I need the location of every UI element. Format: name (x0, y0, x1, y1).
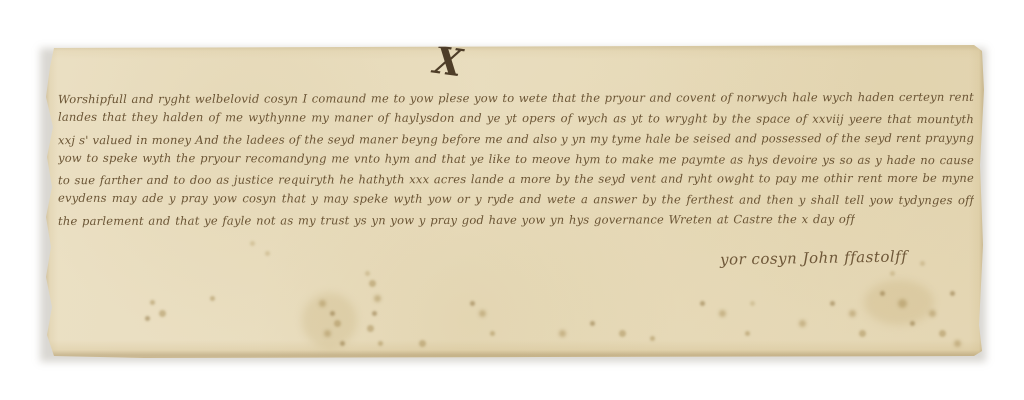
letter-line: xxj s' valued in money And the ladees of… (58, 127, 974, 150)
ink-x-mark: X (431, 39, 465, 84)
manuscript-paper: X Worshipfull and ryght welbelovid cosyn… (44, 45, 985, 358)
letter-line: evydens may ade y pray yow cosyn that y … (58, 188, 974, 211)
stain-blotch (302, 293, 357, 348)
manuscript-photograph: X Worshipfull and ryght welbelovid cosyn… (0, 0, 1024, 400)
letter-line: landes that they halden of me wythynne m… (58, 107, 974, 130)
letter-body: Worshipfull and ryght welbelovid cosyn I… (58, 88, 974, 230)
letter-line: Worshipfull and ryght welbelovid cosyn I… (58, 87, 974, 110)
letter-line: yow to speke wyth the pryour recomandyng… (58, 148, 974, 171)
signature: yor cosyn John ffastolff (720, 247, 908, 268)
stain-blotch (864, 280, 934, 325)
letter-line: the parlement and that ye fayle not as m… (58, 209, 855, 231)
